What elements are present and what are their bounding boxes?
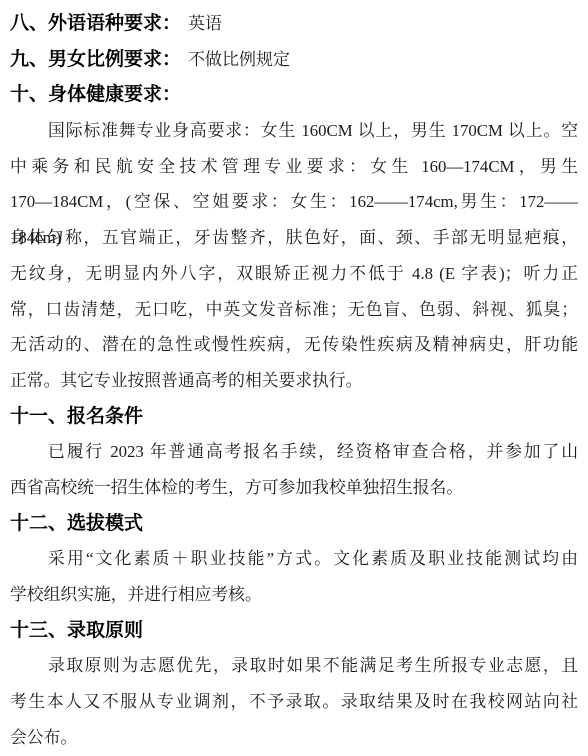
section-heading-12-label: 十二、选拔模式 xyxy=(10,513,143,534)
paragraph-line: 正常。其它专业按照普通高考的相关要求执行。 xyxy=(10,363,578,399)
section-heading-12: 十二、选拔模式 xyxy=(10,506,578,542)
section-heading-11-label: 十一、报名条件 xyxy=(10,406,143,427)
paragraph-line: 常，口齿清楚，无口吃，中英文发音标准；无色盲、色弱、斜视、狐臭； xyxy=(10,292,578,328)
section-heading-9-label: 九、男女比例要求： xyxy=(10,49,181,70)
paragraph-line: 考生本人又不服从专业调剂，不予录取。录取结果及时在我校网站向社 xyxy=(10,684,578,720)
section-heading-10: 十、身体健康要求： xyxy=(10,77,578,113)
section-heading-11: 十一、报名条件 xyxy=(10,399,578,435)
section-9-value: 不做比例规定 xyxy=(188,50,290,69)
section-8-value: 英语 xyxy=(188,14,222,33)
section-heading-8-label: 八、外语语种要求： xyxy=(10,13,181,34)
paragraph-line: 无活动的、潜在的急性或慢性疾病，无传染性疾病及精神病史，肝功能 xyxy=(10,327,578,363)
paragraph-line: 无纹身，无明显内外八字，双眼矫正视力不低于 4.8 (E 字表)；听力正 xyxy=(10,256,578,292)
paragraph-line: 会公布。 xyxy=(10,720,578,756)
section-heading-13-label: 十三、录取原则 xyxy=(10,620,143,641)
paragraph-line: 已履行 2023 年普通高考报名手续，经资格审查合格，并参加了山 xyxy=(10,434,578,470)
paragraph-line: 国际标准舞专业身高要求：女生 160CM 以上，男生 170CM 以上。空 xyxy=(10,113,578,149)
document-page: 八、外语语种要求：英语 九、男女比例要求：不做比例规定 十、身体健康要求： 国际… xyxy=(0,0,588,756)
section-heading-8: 八、外语语种要求：英语 xyxy=(10,6,578,42)
section-heading-13: 十三、录取原则 xyxy=(10,613,578,649)
section-heading-10-label: 十、身体健康要求： xyxy=(10,84,181,105)
paragraph-line: 170—184CM，(空保、空姐要求：女生：162——174cm,男生：172—… xyxy=(10,184,578,220)
section-heading-9: 九、男女比例要求：不做比例规定 xyxy=(10,42,578,78)
paragraph-line: 西省高校统一招生体检的考生，方可参加我校单独招生报名。 xyxy=(10,470,578,506)
paragraph-line: 中乘务和民航安全技术管理专业要求：女生 160—174CM，男生 xyxy=(10,149,578,185)
paragraph-line: 身体匀称，五官端正，牙齿整齐，肤色好，面、颈、手部无明显疤痕， xyxy=(10,220,578,256)
paragraph-line: 学校组织实施，并进行相应考核。 xyxy=(10,577,578,613)
paragraph-line: 采用“文化素质＋职业技能”方式。文化素质及职业技能测试均由 xyxy=(10,541,578,577)
paragraph-line: 录取原则为志愿优先，录取时如果不能满足考生所报专业志愿，且 xyxy=(10,648,578,684)
